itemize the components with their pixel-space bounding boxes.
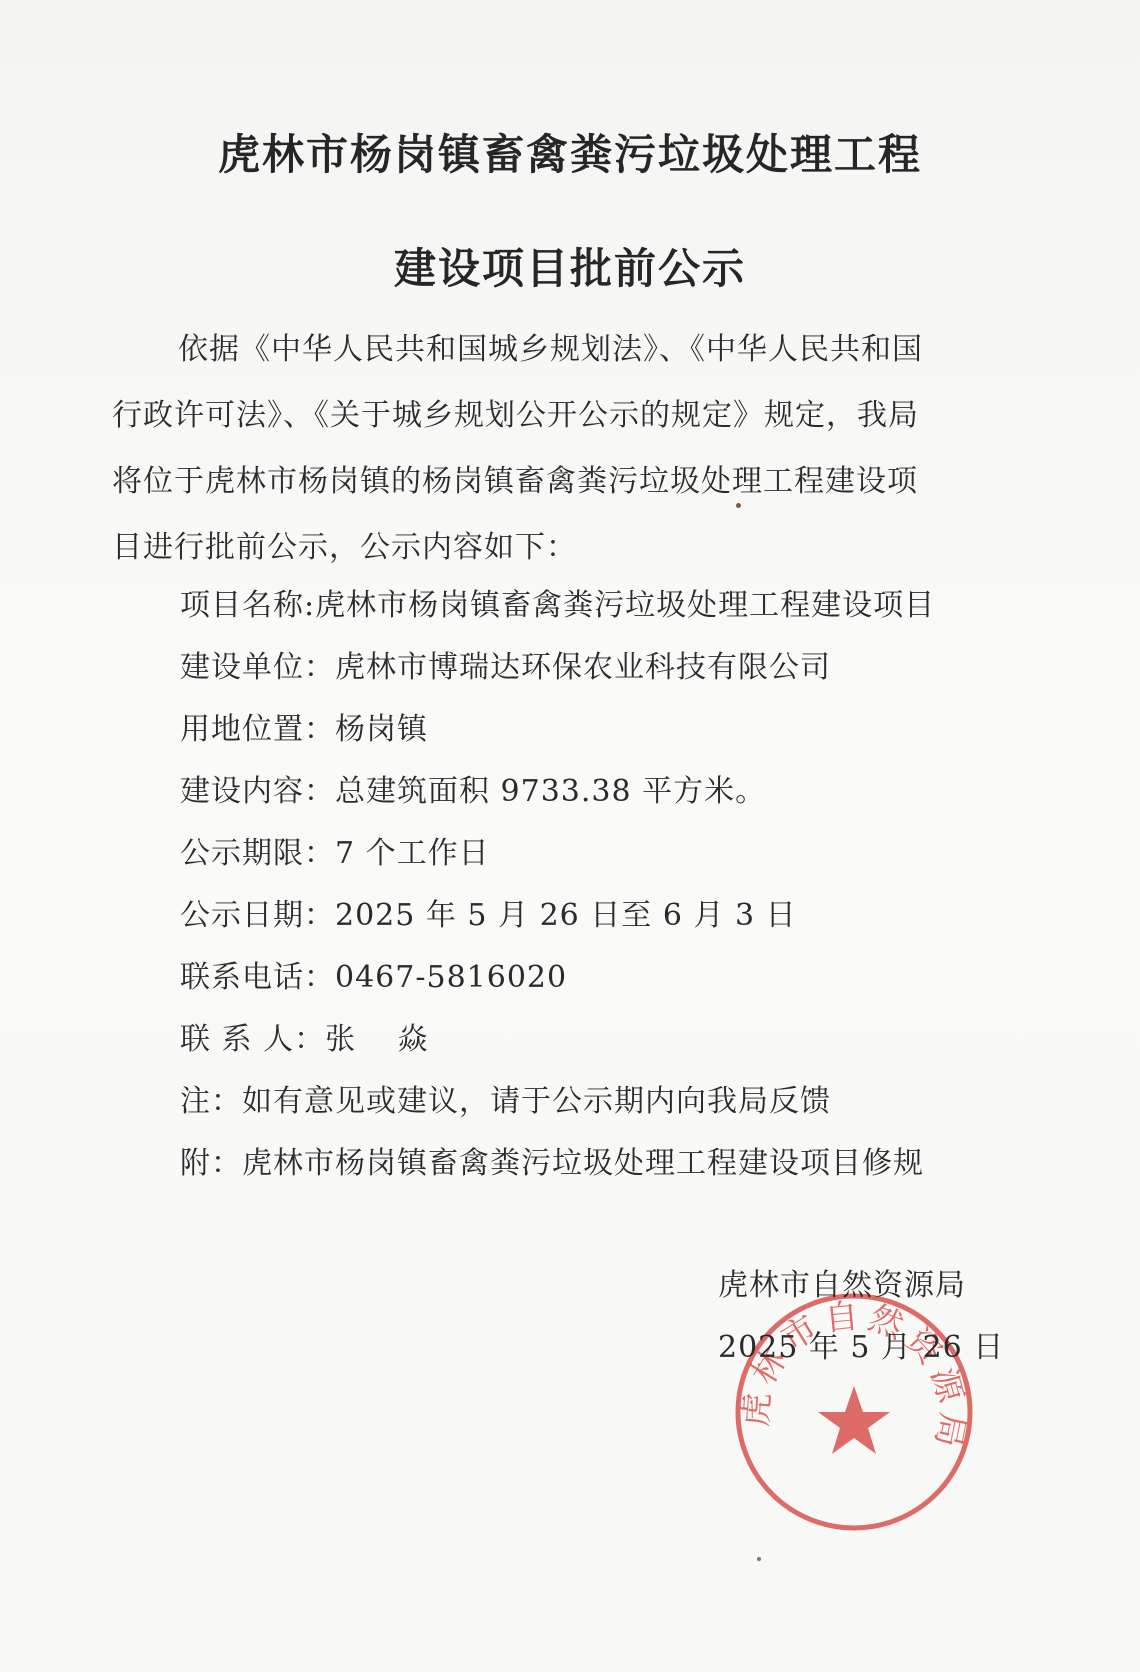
field-contact-phone: 联系电话：0467-5816020: [180, 952, 567, 996]
field-value: 7 个工作日: [335, 836, 490, 871]
intro-line-2-text: 行政许可法》、《关于城乡规划公开公示的规定》规定，我局: [112, 398, 919, 433]
field-construction-unit: 建设单位：虎林市博瑞达环保农业科技有限公司: [180, 642, 831, 686]
signature-date: 2025 年 5 月 26 日: [718, 1322, 1004, 1366]
field-value: 2025 年 5 月 26 日至 6 月 3 日: [335, 898, 797, 933]
scan-speck: [757, 1557, 761, 1561]
field-label: 联 系 人：: [180, 1022, 325, 1057]
field-value: 杨岗镇: [335, 712, 428, 747]
field-value: 虎林市杨岗镇畜禽粪污垃圾处理工程建设项目修规: [242, 1146, 924, 1181]
field-label: 附：: [180, 1146, 242, 1181]
field-label: 建设内容：: [180, 774, 335, 809]
intro-paragraph: 依据《中华人民共和国城乡规划法》、《中华人民共和国 行政许可法》、《关于城乡规划…: [112, 317, 1012, 581]
field-publicity-period: 公示期限：7 个工作日: [180, 828, 490, 872]
field-value: 如有意见或建议，请于公示期内向我局反馈: [242, 1084, 831, 1119]
field-land-location: 用地位置：杨岗镇: [180, 704, 428, 748]
field-label: 联系电话：: [180, 960, 335, 995]
field-label: 建设单位：: [180, 650, 335, 685]
field-label: 注：: [180, 1084, 242, 1119]
field-note: 注：如有意见或建议，请于公示期内向我局反馈: [180, 1076, 831, 1120]
field-label: 用地位置：: [180, 712, 335, 747]
document-title-line-2: 建设项目批前公示: [0, 236, 1140, 296]
field-value: 虎林市杨岗镇畜禽粪污垃圾处理工程建设项目: [315, 588, 935, 623]
field-construction-content: 建设内容：总建筑面积 9733.38 平方米。: [180, 766, 766, 810]
field-label: 公示期限：: [180, 836, 335, 871]
intro-line-1-text: 依据《中华人民共和国城乡规划法》、《中华人民共和国: [178, 332, 923, 367]
field-value: 虎林市博瑞达环保农业科技有限公司: [335, 650, 831, 685]
intro-line-3: 将位于虎林市杨岗镇的杨岗镇畜禽粪污垃圾处理工程建设项: [112, 449, 1012, 515]
intro-line-1: 依据《中华人民共和国城乡规划法》、《中华人民共和国: [112, 317, 1012, 383]
document-title-line-1: 虎林市杨岗镇畜禽粪污垃圾处理工程: [0, 122, 1140, 182]
field-value: 张 焱: [325, 1022, 429, 1057]
field-project-name: 项目名称:虎林市杨岗镇畜禽粪污垃圾处理工程建设项目: [180, 580, 935, 624]
field-label: 公示日期：: [180, 898, 335, 933]
intro-line-3-text: 将位于虎林市杨岗镇的杨岗镇畜禽粪污垃圾处理工程建设项: [112, 464, 918, 499]
scan-speck: [736, 503, 741, 508]
field-value: 总建筑面积 9733.38 平方米。: [335, 774, 766, 809]
signature-org: 虎林市自然资源局: [718, 1260, 966, 1304]
field-contact-person: 联 系 人：张 焱: [180, 1014, 429, 1058]
document-page: 虎林市杨岗镇畜禽粪污垃圾处理工程 建设项目批前公示 依据《中华人民共和国城乡规划…: [0, 0, 1140, 1672]
intro-line-4-text: 目进行批前公示，公示内容如下：: [112, 530, 577, 565]
intro-line-2: 行政许可法》、《关于城乡规划公开公示的规定》规定，我局: [112, 383, 1012, 449]
field-label: 项目名称:: [180, 588, 315, 623]
field-value: 0467-5816020: [335, 960, 567, 995]
intro-line-4: 目进行批前公示，公示内容如下：: [112, 515, 1012, 581]
field-attachment: 附：虎林市杨岗镇畜禽粪污垃圾处理工程建设项目修规: [180, 1138, 924, 1182]
field-publicity-dates: 公示日期：2025 年 5 月 26 日至 6 月 3 日: [180, 890, 797, 934]
